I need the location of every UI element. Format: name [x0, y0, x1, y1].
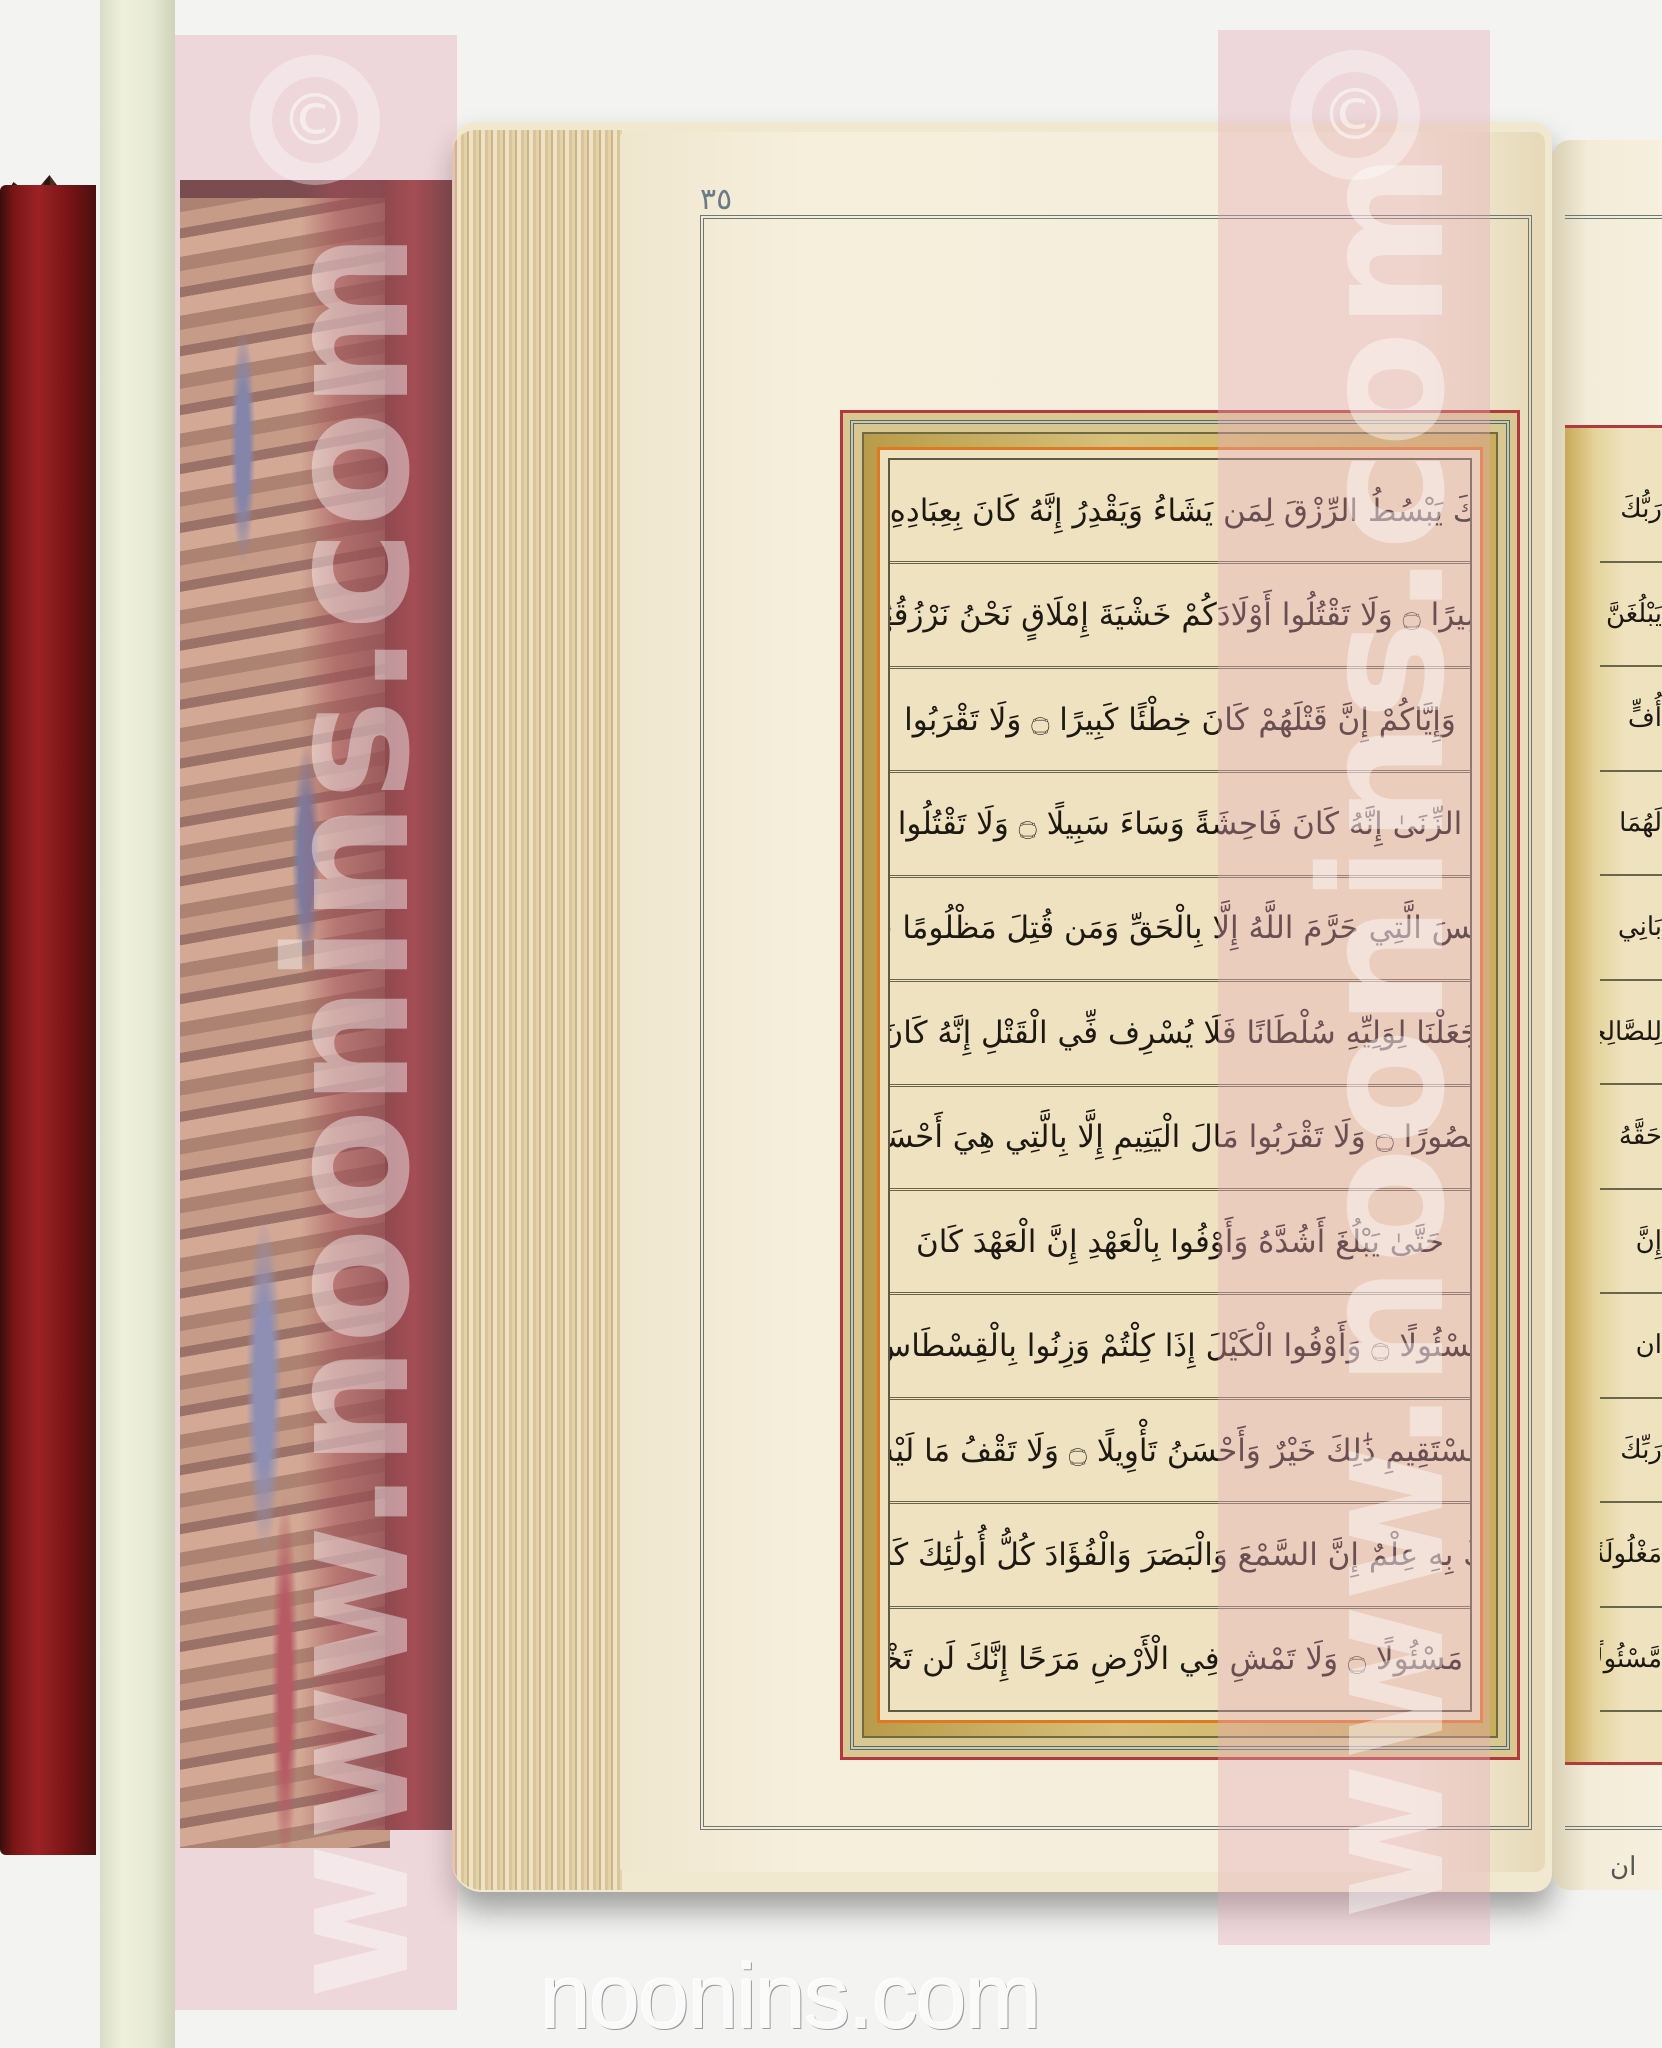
right-folio-number: ان: [1610, 1852, 1636, 1882]
page-fore-edge: [452, 130, 622, 1890]
bone-folder-stick: [100, 0, 175, 2048]
right-text-line: مَّسْئُولًا: [1600, 1608, 1662, 1713]
right-text-line: إِنَّ: [1600, 1190, 1662, 1295]
copyright-icon: ©: [250, 55, 380, 185]
right-text-line: ان: [1600, 1294, 1662, 1399]
right-text-line: مَغْلُولَةً: [1600, 1503, 1662, 1608]
right-text-block: رَبُّكَ يَبْلُغَنَّ أُفٍّ لَهُمَا بَانِي…: [1600, 458, 1662, 1712]
right-text-line: رَبِّكَ: [1600, 1399, 1662, 1504]
right-text-line: يَبْلُغَنَّ: [1600, 563, 1662, 668]
right-text-line: أُفٍّ: [1600, 667, 1662, 772]
right-text-line: لِلصَّالِحِينَ: [1600, 981, 1662, 1086]
right-text-line: بَانِي: [1600, 876, 1662, 981]
watermark-vertical-text: www.noonins.com: [250, 240, 448, 2000]
left-book-red-cover: [0, 185, 96, 1855]
watermark-vertical-text: www.noonins.com: [1285, 220, 1483, 1920]
folio-number: ٣٥: [700, 182, 732, 217]
watermark-bottom-text: noonins.com: [540, 1945, 1040, 2048]
right-text-line: حَقَّهُ: [1600, 1085, 1662, 1190]
right-text-line: لَهُمَا: [1600, 772, 1662, 877]
right-text-line: رَبُّكَ: [1600, 458, 1662, 563]
